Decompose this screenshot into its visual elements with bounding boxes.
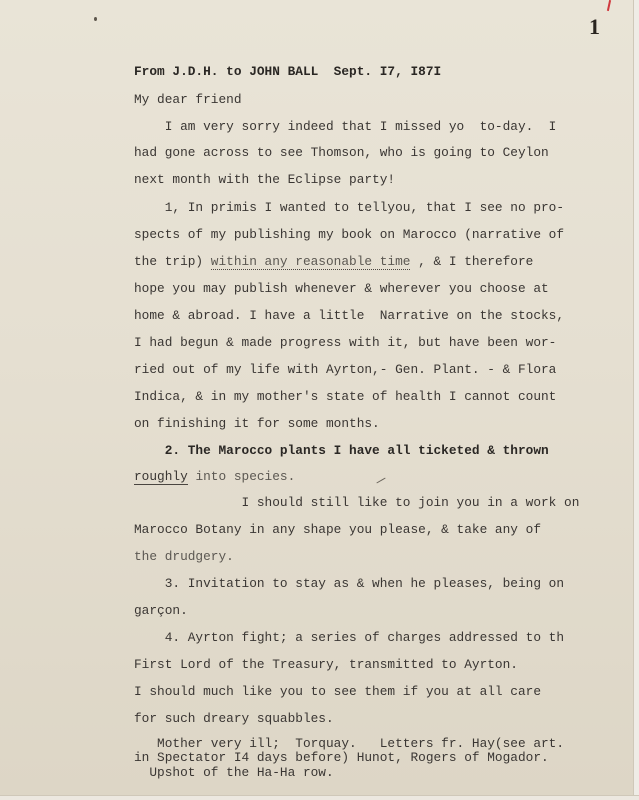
scan-edge-bottom (0, 795, 639, 800)
postscript-line: Mother very ill; Torquay. Letters fr. Ha… (134, 738, 564, 751)
letter-heading: From J.D.H. to JOHN BALL Sept. I7, I87I (134, 66, 441, 79)
body-line: had gone across to see Thomson, who is g… (134, 147, 549, 160)
body-line: for such dreary squabbles. (134, 713, 334, 726)
body-line: spects of my publishing my book on Maroc… (134, 229, 564, 242)
salutation: My dear friend (134, 94, 242, 107)
body-text: , & I therefore (410, 254, 533, 269)
body-line: ried out of my life with Ayrton,- Gen. P… (134, 364, 556, 377)
body-line-with-underline: roughly into species. (134, 471, 295, 484)
body-line: the drudgery. (134, 551, 234, 564)
body-line: next month with the Eclipse party! (134, 174, 395, 187)
postscript-line: Upshot of the Ha-Ha row. (134, 767, 334, 780)
body-text: the trip) (134, 254, 211, 269)
paper-speck (94, 17, 97, 21)
body-line: I should much like you to see them if yo… (134, 686, 541, 699)
red-pencil-mark (607, 0, 611, 11)
body-text: into species. (188, 469, 296, 484)
body-line: Indica, & in my mother's state of health… (134, 391, 556, 404)
page-number: 1 (589, 14, 600, 40)
body-line: I should still like to join you in a wor… (134, 497, 579, 510)
underlined-word: roughly (134, 469, 188, 485)
body-line: 3. Invitation to stay as & when he pleas… (134, 578, 564, 591)
body-line: 1, In primis I wanted to tellyou, that I… (134, 202, 564, 215)
letter-page: 1 From J.D.H. to JOHN BALL Sept. I7, I87… (0, 0, 633, 795)
body-line: I am very sorry indeed that I missed yo … (134, 121, 556, 134)
pencil-tick-mark (376, 478, 385, 484)
body-line: First Lord of the Treasury, transmitted … (134, 659, 518, 672)
body-line: I had begun & made progress with it, but… (134, 337, 556, 350)
body-line-with-underline: the trip) within any reasonable time , &… (134, 256, 533, 269)
body-line: home & abroad. I have a little Narrative… (134, 310, 564, 323)
underlined-phrase: within any reasonable time (211, 254, 411, 270)
body-line: 4. Ayrton fight; a series of charges add… (134, 632, 564, 645)
body-line: 2. The Marocco plants I have all tickete… (134, 445, 549, 458)
body-line: garçon. (134, 605, 188, 618)
body-line: on finishing it for some months. (134, 418, 380, 431)
scan-edge-right (633, 0, 639, 800)
body-line: hope you may publish whenever & wherever… (134, 283, 549, 296)
postscript-line: in Spectator I4 days before) Hunot, Roge… (134, 752, 549, 765)
body-line: Marocco Botany in any shape you please, … (134, 524, 541, 537)
